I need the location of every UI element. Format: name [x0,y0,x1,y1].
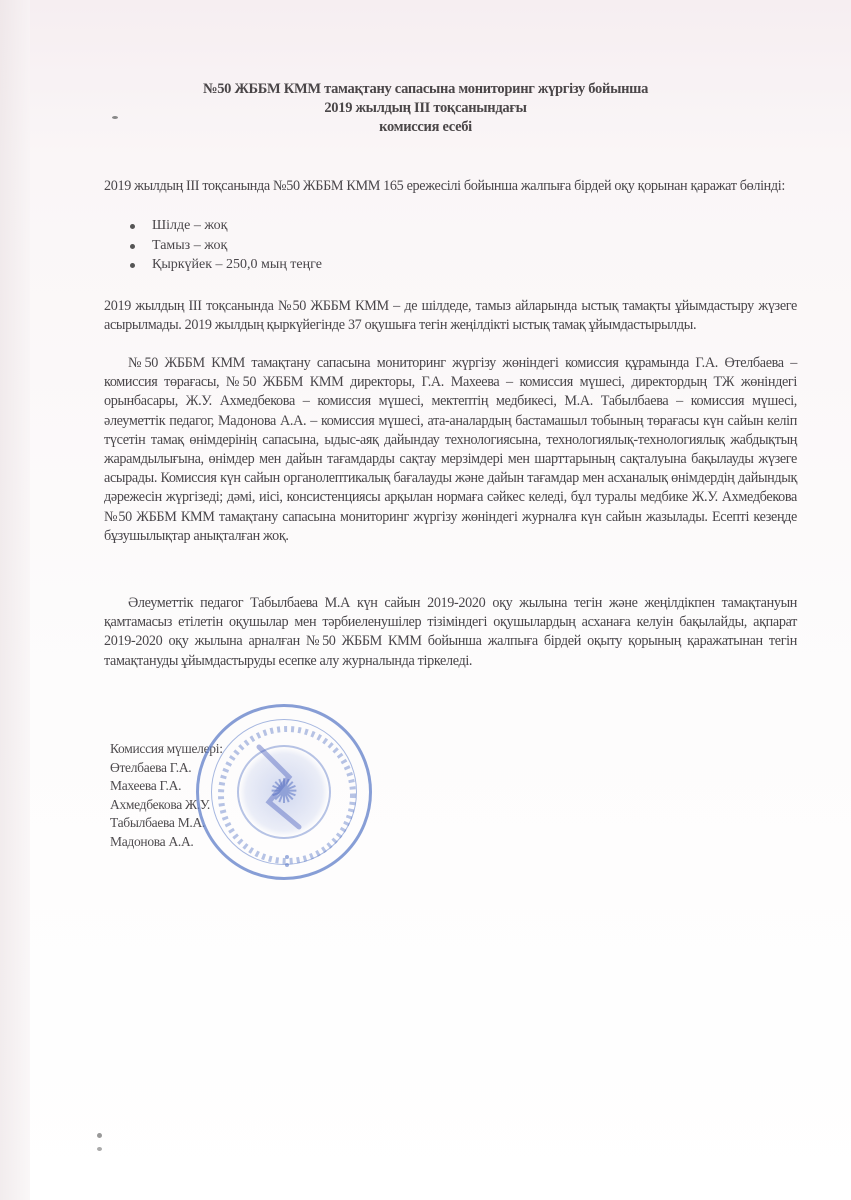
title-line-1: №50 ЖББМ КММ тамақтану сапасына монитори… [120,80,731,99]
funding-item-september: Қыркүйек – 250,0 мың теңге [130,255,322,275]
funding-list: Шілде – жоқ Тамыз – жоқ Қыркүйек – 250,0… [130,216,322,275]
title-line-2: 2019 жылдың ІІІ тоқсанындағы [120,99,731,118]
state-emblem-icon: ✺ [270,772,299,812]
paragraph-social-pedagogue: Әлеуметтік педагог Табылбаева М.А күн са… [104,594,797,671]
funding-item-august: Тамыз – жоқ [130,236,322,256]
paragraph-commission: №50 ЖББМ КММ тамақтану сапасына монитори… [104,354,797,546]
funding-item-july: Шілде – жоқ [130,216,322,236]
scan-speck [97,1133,102,1138]
paragraph-hot-meals: 2019 жылдың ІІІ тоқсанында №50 ЖББМ КММ … [104,297,797,335]
title-line-3: комиссия есебі [120,118,731,137]
scan-edge [0,0,30,1200]
document-title: №50 ЖББМ КММ тамақтану сапасына монитори… [120,80,731,137]
scan-speck [97,1147,102,1151]
intro-paragraph: 2019 жылдың ІІІ тоқсанында №50 ЖББМ КММ … [104,177,797,196]
official-stamp: ✺ [196,704,372,880]
scan-speck [112,116,118,119]
